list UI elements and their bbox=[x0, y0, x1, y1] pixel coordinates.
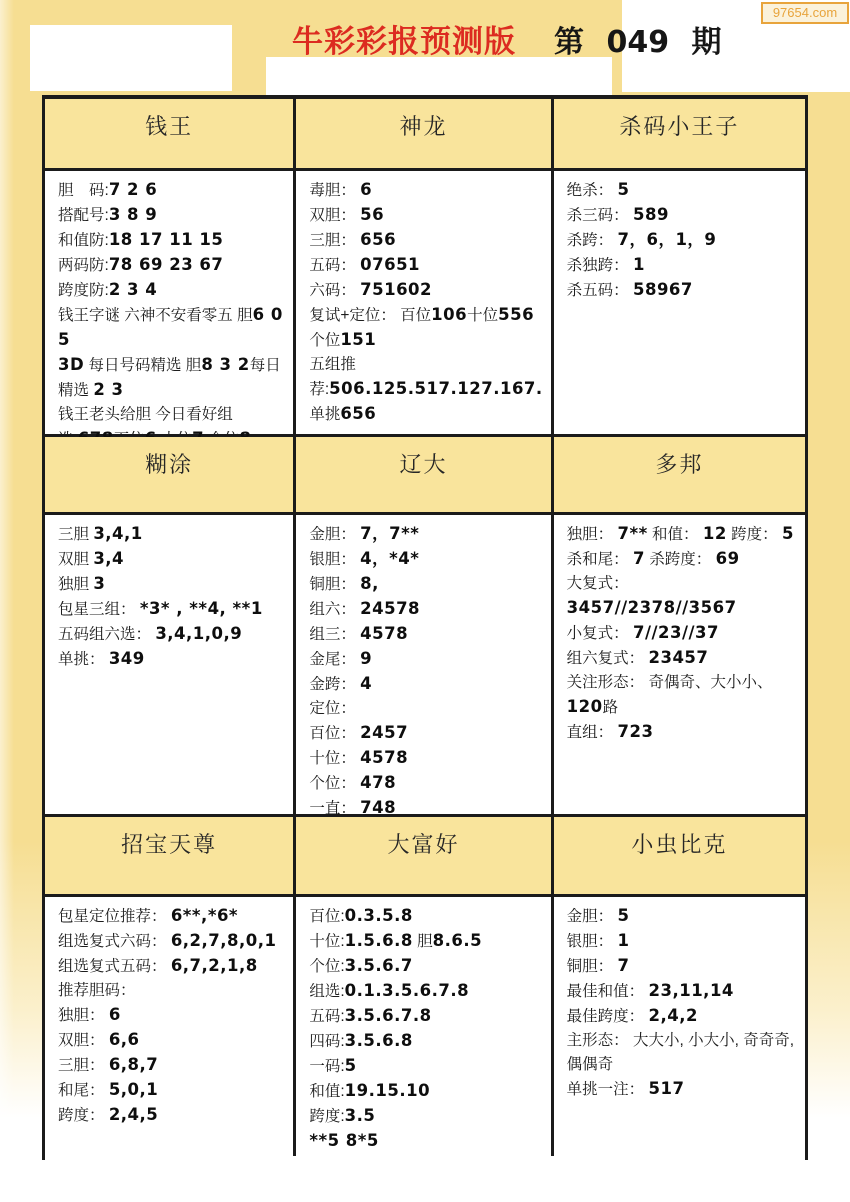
page-title-name: 牛彩彩报预测版 bbox=[292, 16, 516, 61]
panel-5-line-2: 小复式： 7//23//37 bbox=[567, 621, 797, 646]
prediction-value: 12 bbox=[703, 524, 727, 543]
panel-1-line-5: 复试+定位： 百位106十位556个位151 bbox=[309, 303, 542, 353]
panel-3-line-4: 五码组六选： 3,4,1,0,9 bbox=[58, 622, 285, 647]
panel-content-0: 胆 码:7 2 6搭配号:3 8 9和值防:18 17 11 15两码防:78 … bbox=[45, 171, 296, 437]
panel-content-3: 三胆 3,4,1双胆 3,4独胆 3包星三组： *3* , **4, **1五码… bbox=[45, 515, 296, 817]
panel-7-line-3: 组选:0.1.3.5.6.7.8 bbox=[309, 979, 542, 1004]
prediction-value: 6 bbox=[109, 1005, 121, 1024]
panel-6-line-5: 双胆： 6,6 bbox=[58, 1028, 285, 1053]
panel-content-2: 绝杀： 5杀三码： 589杀跨： 7，6，1，9杀独跨： 1杀五码： 58967 bbox=[554, 171, 805, 437]
prediction-label: 个位： bbox=[309, 775, 360, 792]
prediction-value: 4578 bbox=[360, 624, 408, 643]
panel-4-line-2: 铜胆： 8, bbox=[309, 572, 542, 597]
prediction-value: 24578 bbox=[360, 599, 420, 618]
prediction-label: 钱王字谜 六神不安看零五 胆 bbox=[58, 307, 253, 324]
panel-7-line-9: **5 8*5 bbox=[309, 1129, 542, 1154]
panel-4-line-7: 定位： bbox=[309, 697, 542, 721]
panel-content-6: 包星定位推荐： 6**,*6*组选复式六码： 6,2,7,8,0,1组选复式五码… bbox=[45, 897, 296, 1156]
prediction-value: 5 bbox=[617, 906, 629, 925]
prediction-label: 和尾： bbox=[58, 1082, 109, 1099]
panel-3-line-5: 单挑： 349 bbox=[58, 647, 285, 672]
panel-2-line-2: 杀跨： 7，6，1，9 bbox=[567, 228, 797, 253]
blank-box-top-left bbox=[30, 25, 232, 91]
prediction-label: 小复式： bbox=[567, 625, 633, 642]
prediction-value: 7//23//37 bbox=[633, 623, 719, 642]
panel-5-line-4: 关注形态： 奇偶奇、大小小、120路 bbox=[567, 671, 797, 720]
prediction-label: 杀跨： bbox=[567, 232, 618, 249]
prediction-label: 和值: bbox=[309, 1083, 344, 1100]
panel-1-line-0: 毒胆： 6 bbox=[309, 178, 542, 203]
prediction-value: 18 17 11 15 bbox=[109, 230, 224, 249]
prediction-label: 组选复式六码： bbox=[58, 933, 171, 950]
prediction-label: 跨度： bbox=[58, 1107, 109, 1124]
panel-2-line-1: 杀三码： 589 bbox=[567, 203, 797, 228]
prediction-label: 直组： bbox=[567, 724, 618, 741]
prediction-value: 106 bbox=[431, 305, 467, 324]
panel-content-4: 金胆： 7，7**银胆： 4，*4*铜胆： 8,组六： 24578组三： 457… bbox=[296, 515, 553, 817]
panel-6-line-6: 三胆： 6,8,7 bbox=[58, 1053, 285, 1078]
prediction-label: 独胆： bbox=[567, 526, 618, 543]
prediction-label: 独胆： bbox=[58, 1007, 109, 1024]
panel-content-7: 百位:0.3.5.8十位:1.5.6.8 胆8.6.5个位:3.5.6.7组选:… bbox=[296, 897, 553, 1156]
panel-6-line-8: 跨度： 2,4,5 bbox=[58, 1103, 285, 1128]
prediction-value: 556 bbox=[498, 305, 534, 324]
panel-1-line-7: 单挑656 bbox=[309, 402, 542, 427]
panel-title-0: 钱王 bbox=[45, 99, 296, 171]
panel-0-line-4: 跨度防:2 3 4 bbox=[58, 278, 285, 303]
prediction-label: 两码防: bbox=[58, 257, 109, 274]
prediction-value: 4578 bbox=[360, 748, 408, 767]
prediction-label: 绝杀： bbox=[567, 182, 618, 199]
prediction-value: 2 3 4 bbox=[109, 280, 157, 299]
panel-7-line-7: 和值:19.15.10 bbox=[309, 1079, 542, 1104]
prediction-value: 7，7** bbox=[360, 524, 419, 543]
panel-5-line-5: 直组： 723 bbox=[567, 720, 797, 745]
prediction-value: 23457 bbox=[648, 648, 708, 667]
prediction-label: 十位 bbox=[467, 307, 498, 324]
prediction-label: 杀和尾： bbox=[567, 551, 633, 568]
panel-title-1: 神龙 bbox=[296, 99, 553, 171]
prediction-label: 百位： bbox=[309, 725, 360, 742]
prediction-value: 2 3 bbox=[93, 380, 123, 399]
panel-content-8: 金胆： 5银胆： 1铜胆： 7最佳和值： 23,11,14最佳跨度： 2,4,2… bbox=[554, 897, 805, 1156]
prediction-value: 349 bbox=[109, 649, 145, 668]
prediction-label: 和值防: bbox=[58, 232, 109, 249]
panel-8-line-2: 铜胆： 7 bbox=[567, 954, 797, 979]
prediction-value: 5 bbox=[617, 180, 629, 199]
prediction-value: 2,4,2 bbox=[648, 1006, 697, 1025]
panel-2-line-4: 杀五码： 58967 bbox=[567, 278, 797, 303]
prediction-label: 组选: bbox=[309, 983, 344, 1000]
prediction-value: 4 bbox=[360, 674, 372, 693]
prediction-label: 和值： bbox=[648, 526, 703, 543]
prediction-label: 金胆： bbox=[309, 526, 360, 543]
prediction-label: 跨度防: bbox=[58, 282, 109, 299]
prediction-value: 3.5 bbox=[345, 1106, 376, 1125]
panel-4-line-6: 金跨： 4 bbox=[309, 672, 542, 697]
prediction-value: 9 bbox=[360, 649, 372, 668]
prediction-label: 三胆： bbox=[58, 1057, 109, 1074]
panel-3-line-0: 三胆 3,4,1 bbox=[58, 522, 285, 547]
prediction-value: 748 bbox=[360, 798, 396, 817]
prediction-value: 6,2,7,8,0,1 bbox=[171, 931, 277, 950]
prediction-value: 6,6 bbox=[109, 1030, 140, 1049]
panel-0-line-1: 搭配号:3 8 9 bbox=[58, 203, 285, 228]
panel-title-6: 招宝天尊 bbox=[45, 817, 296, 897]
prediction-label: 六码： bbox=[309, 282, 360, 299]
prediction-value: 2457 bbox=[360, 723, 408, 742]
panel-1-line-2: 三胆： 656 bbox=[309, 228, 542, 253]
panel-6-line-4: 独胆： 6 bbox=[58, 1003, 285, 1028]
panel-3-line-2: 独胆 3 bbox=[58, 572, 285, 597]
prediction-label: 双胆： bbox=[309, 207, 360, 224]
prediction-label: 金胆： bbox=[567, 908, 618, 925]
watermark-link[interactable]: 97654.com bbox=[761, 2, 849, 24]
panel-8-line-4: 最佳跨度： 2,4,2 bbox=[567, 1004, 797, 1029]
prediction-value: *3* , **4, **1 bbox=[140, 599, 263, 618]
page-title: 牛彩彩报预测版 第 049 期 bbox=[292, 16, 722, 61]
panel-content-1: 毒胆： 6双胆： 56三胆： 656五码： 07651六码： 751602复试+… bbox=[296, 171, 553, 437]
prediction-value: 56 bbox=[360, 205, 384, 224]
panel-7-line-0: 百位:0.3.5.8 bbox=[309, 904, 542, 929]
prediction-board: 钱王神龙杀码小王子胆 码:7 2 6搭配号:3 8 9和值防:18 17 11 … bbox=[42, 95, 808, 1160]
prediction-label: 推荐胆码： bbox=[58, 982, 136, 999]
lottery-prediction-sheet: 牛彩彩报预测版 第 049 期 97654.com 钱王神龙杀码小王子胆 码:7… bbox=[0, 0, 850, 1202]
prediction-label: 组选复式五码： bbox=[58, 958, 171, 975]
panel-8-line-3: 最佳和值： 23,11,14 bbox=[567, 979, 797, 1004]
panel-title-7: 大富好 bbox=[296, 817, 553, 897]
panel-title-2: 杀码小王子 bbox=[554, 99, 805, 171]
prediction-value: 120 bbox=[567, 697, 603, 716]
prediction-value: 7** bbox=[617, 524, 647, 543]
prediction-label: 独胆 bbox=[58, 576, 93, 593]
prediction-label: 跨度： bbox=[727, 526, 782, 543]
prediction-value: **5 8*5 bbox=[309, 1131, 379, 1150]
prediction-label: 十位: bbox=[309, 933, 344, 950]
prediction-label: 杀独跨： bbox=[567, 257, 633, 274]
panel-8-line-5: 主形态： 大大小, 小大小, 奇奇奇, 偶偶奇 bbox=[567, 1029, 797, 1077]
panel-6-line-1: 组选复式六码： 6,2,7,8,0,1 bbox=[58, 929, 285, 954]
prediction-value: 151 bbox=[340, 330, 376, 349]
prediction-label: 毒胆： bbox=[309, 182, 360, 199]
panel-6-line-7: 和尾： 5,0,1 bbox=[58, 1078, 285, 1103]
prediction-value: 19.15.10 bbox=[345, 1081, 430, 1100]
panel-4-line-5: 金尾： 9 bbox=[309, 647, 542, 672]
prediction-value: 6 bbox=[360, 180, 372, 199]
prediction-value: 8.6.5 bbox=[433, 931, 482, 950]
prediction-value: 7，6，1，9 bbox=[617, 230, 716, 249]
prediction-value: 478 bbox=[360, 773, 396, 792]
prediction-label: 四码: bbox=[309, 1033, 344, 1050]
prediction-label: 五码: bbox=[309, 1008, 344, 1025]
panel-4-line-0: 金胆： 7，7** bbox=[309, 522, 542, 547]
panel-5-line-0: 独胆： 7** 和值： 12 跨度： 5 杀和尾： 7 杀跨度： 69 bbox=[567, 522, 797, 572]
prediction-value: 7 2 6 bbox=[109, 180, 157, 199]
prediction-label: 包星三组： bbox=[58, 601, 140, 618]
prediction-label: 双胆 bbox=[58, 551, 93, 568]
prediction-value: 3457//2378//3567 bbox=[567, 598, 737, 617]
prediction-label: 铜胆： bbox=[567, 958, 618, 975]
prediction-label: 胆 bbox=[413, 933, 433, 950]
panel-7-line-6: 一码:5 bbox=[309, 1054, 542, 1079]
prediction-label: 路 bbox=[603, 699, 619, 716]
prediction-label: 跨度: bbox=[309, 1108, 344, 1125]
prediction-label: 铜胆： bbox=[309, 576, 360, 593]
prediction-value: 5 bbox=[782, 524, 794, 543]
panel-8-line-0: 金胆： 5 bbox=[567, 904, 797, 929]
prediction-value: 1 bbox=[617, 931, 629, 950]
prediction-label: 三胆： bbox=[309, 232, 360, 249]
prediction-label: 包星定位推荐： bbox=[58, 908, 171, 925]
panel-title-8: 小虫比克 bbox=[554, 817, 805, 897]
prediction-label: 复试+定位： 百位 bbox=[309, 307, 431, 324]
prediction-label: 金跨： bbox=[309, 676, 360, 693]
panel-3-line-3: 包星三组： *3* , **4, **1 bbox=[58, 597, 285, 622]
prediction-label: 金尾： bbox=[309, 651, 360, 668]
panel-8-line-1: 银胆： 1 bbox=[567, 929, 797, 954]
prediction-value: 2,4,5 bbox=[109, 1105, 158, 1124]
prediction-value: 506.125.517.127.167. bbox=[329, 379, 543, 398]
prediction-label: 一直： bbox=[309, 800, 360, 817]
prediction-label: 搭配号: bbox=[58, 207, 109, 224]
panel-0-line-6: 3D 每日号码精选 胆8 3 2每日精选 2 3 bbox=[58, 353, 285, 403]
panel-2-line-3: 杀独跨： 1 bbox=[567, 253, 797, 278]
prediction-value: 0.1.3.5.6.7.8 bbox=[345, 981, 469, 1000]
panel-4-line-1: 银胆： 4，*4* bbox=[309, 547, 542, 572]
panel-5-line-1: 大复式： 3457//2378//3567 bbox=[567, 572, 797, 621]
panel-title-5: 多邦 bbox=[554, 437, 805, 515]
panel-1-line-3: 五码： 07651 bbox=[309, 253, 542, 278]
prediction-value: 3.5.6.7.8 bbox=[345, 1006, 432, 1025]
prediction-value: 07651 bbox=[360, 255, 420, 274]
page-title-issue: 第 049 期 bbox=[554, 17, 722, 61]
prediction-label: 大复式： bbox=[567, 575, 629, 592]
panel-1-line-1: 双胆： 56 bbox=[309, 203, 542, 228]
prediction-label: 胆 码: bbox=[58, 182, 109, 199]
prediction-label: 百位: bbox=[309, 908, 344, 925]
prediction-value: 69 bbox=[716, 549, 740, 568]
panel-6-line-3: 推荐胆码： bbox=[58, 979, 285, 1003]
prediction-label: 主形态： 大大小, 小大小, 奇奇奇, 偶偶奇 bbox=[567, 1032, 794, 1073]
prediction-value: 656 bbox=[360, 230, 396, 249]
prediction-value: 1.5.6.8 bbox=[345, 931, 413, 950]
prediction-value: 7 bbox=[617, 956, 629, 975]
prediction-label: 组六： bbox=[309, 601, 360, 618]
panel-6-line-0: 包星定位推荐： 6**,*6* bbox=[58, 904, 285, 929]
prediction-label: 双胆： bbox=[58, 1032, 109, 1049]
prediction-value: 3,4 bbox=[93, 549, 124, 568]
prediction-value: 3.5.6.8 bbox=[345, 1031, 413, 1050]
panel-4-line-10: 个位： 478 bbox=[309, 771, 542, 796]
prediction-label: 关注形态： 奇偶奇、大小小、 bbox=[567, 674, 773, 691]
prediction-value: 6,8,7 bbox=[109, 1055, 158, 1074]
prediction-label: 最佳跨度： bbox=[567, 1008, 649, 1025]
prediction-label: 杀五码： bbox=[567, 282, 633, 299]
panel-0-line-2: 和值防:18 17 11 15 bbox=[58, 228, 285, 253]
prediction-value: 3 bbox=[93, 574, 105, 593]
panel-6-line-2: 组选复式五码： 6,7,2,1,8 bbox=[58, 954, 285, 979]
panel-2-line-0: 绝杀： 5 bbox=[567, 178, 797, 203]
prediction-label: 单挑： bbox=[58, 651, 109, 668]
prediction-value: 656 bbox=[340, 404, 376, 423]
panel-4-line-4: 组三： 4578 bbox=[309, 622, 542, 647]
prediction-label: 杀三码： bbox=[567, 207, 633, 224]
panel-1-line-6: 五组推荐:506.125.517.127.167. bbox=[309, 353, 542, 402]
panel-8-line-6: 单挑一注： 517 bbox=[567, 1077, 797, 1102]
panel-7-line-1: 十位:1.5.6.8 胆8.6.5 bbox=[309, 929, 542, 954]
panel-title-4: 辽大 bbox=[296, 437, 553, 515]
panel-4-line-3: 组六： 24578 bbox=[309, 597, 542, 622]
prediction-value: 589 bbox=[633, 205, 669, 224]
prediction-label: 银胆： bbox=[309, 551, 360, 568]
prediction-label: 五码组六选： bbox=[58, 626, 155, 643]
blank-box-under-title bbox=[266, 57, 612, 95]
prediction-label: 十位： bbox=[309, 750, 360, 767]
prediction-value: 8, bbox=[360, 574, 379, 593]
prediction-value: 78 69 23 67 bbox=[109, 255, 224, 274]
prediction-value: 5 bbox=[345, 1056, 357, 1075]
prediction-label: 五码： bbox=[309, 257, 360, 274]
prediction-label: 单挑 bbox=[309, 406, 340, 423]
prediction-value: 1 bbox=[633, 255, 645, 274]
prediction-label: 组六复式： bbox=[567, 650, 649, 667]
prediction-label: 个位 bbox=[309, 332, 340, 349]
prediction-label: 单挑一注： bbox=[567, 1081, 649, 1098]
prediction-value: 7 bbox=[633, 549, 645, 568]
panel-0-line-0: 胆 码:7 2 6 bbox=[58, 178, 285, 203]
prediction-label: 个位: bbox=[309, 958, 344, 975]
panel-5-line-3: 组六复式： 23457 bbox=[567, 646, 797, 671]
panel-7-line-5: 四码:3.5.6.8 bbox=[309, 1029, 542, 1054]
prediction-value: 3.5.6.7 bbox=[345, 956, 413, 975]
panel-4-line-9: 十位： 4578 bbox=[309, 746, 542, 771]
prediction-label: 组三： bbox=[309, 626, 360, 643]
prediction-value: 4，*4* bbox=[360, 549, 419, 568]
prediction-value: 58967 bbox=[633, 280, 693, 299]
panel-title-3: 糊涂 bbox=[45, 437, 296, 515]
prediction-value: 723 bbox=[617, 722, 653, 741]
panel-3-line-1: 双胆 3,4 bbox=[58, 547, 285, 572]
prediction-value: 3,4,1,0,9 bbox=[155, 624, 242, 643]
prediction-value: 3 8 9 bbox=[109, 205, 157, 224]
prediction-value: 3,4,1 bbox=[93, 524, 142, 543]
prediction-value: 3D bbox=[58, 355, 84, 374]
prediction-label: 定位： bbox=[309, 700, 356, 717]
prediction-value: 6**,*6* bbox=[171, 906, 238, 925]
prediction-label: 最佳和值： bbox=[567, 983, 649, 1000]
panel-0-line-5: 钱王字谜 六神不安看零五 胆6 0 5 bbox=[58, 303, 285, 353]
prediction-label: 银胆： bbox=[567, 933, 618, 950]
prediction-value: 5,0,1 bbox=[109, 1080, 158, 1099]
prediction-value: 517 bbox=[648, 1079, 684, 1098]
prediction-value: 8 3 2 bbox=[201, 355, 249, 374]
panel-7-line-2: 个位:3.5.6.7 bbox=[309, 954, 542, 979]
panel-7-line-8: 跨度:3.5 bbox=[309, 1104, 542, 1129]
prediction-label: 每日号码精选 胆 bbox=[84, 357, 201, 374]
panel-1-line-4: 六码： 751602 bbox=[309, 278, 542, 303]
panel-0-line-3: 两码防:78 69 23 67 bbox=[58, 253, 285, 278]
prediction-value: 23,11,14 bbox=[648, 981, 733, 1000]
panel-7-line-4: 五码:3.5.6.7.8 bbox=[309, 1004, 542, 1029]
panel-4-line-8: 百位： 2457 bbox=[309, 721, 542, 746]
prediction-value: 6,7,2,1,8 bbox=[171, 956, 258, 975]
prediction-value: 0.3.5.8 bbox=[345, 906, 413, 925]
prediction-label: 三胆 bbox=[58, 526, 93, 543]
prediction-label: 杀跨度： bbox=[645, 551, 716, 568]
prediction-value: 751602 bbox=[360, 280, 432, 299]
prediction-label: 一码: bbox=[309, 1058, 344, 1075]
panel-content-5: 独胆： 7** 和值： 12 跨度： 5 杀和尾： 7 杀跨度： 69大复式： … bbox=[554, 515, 805, 817]
